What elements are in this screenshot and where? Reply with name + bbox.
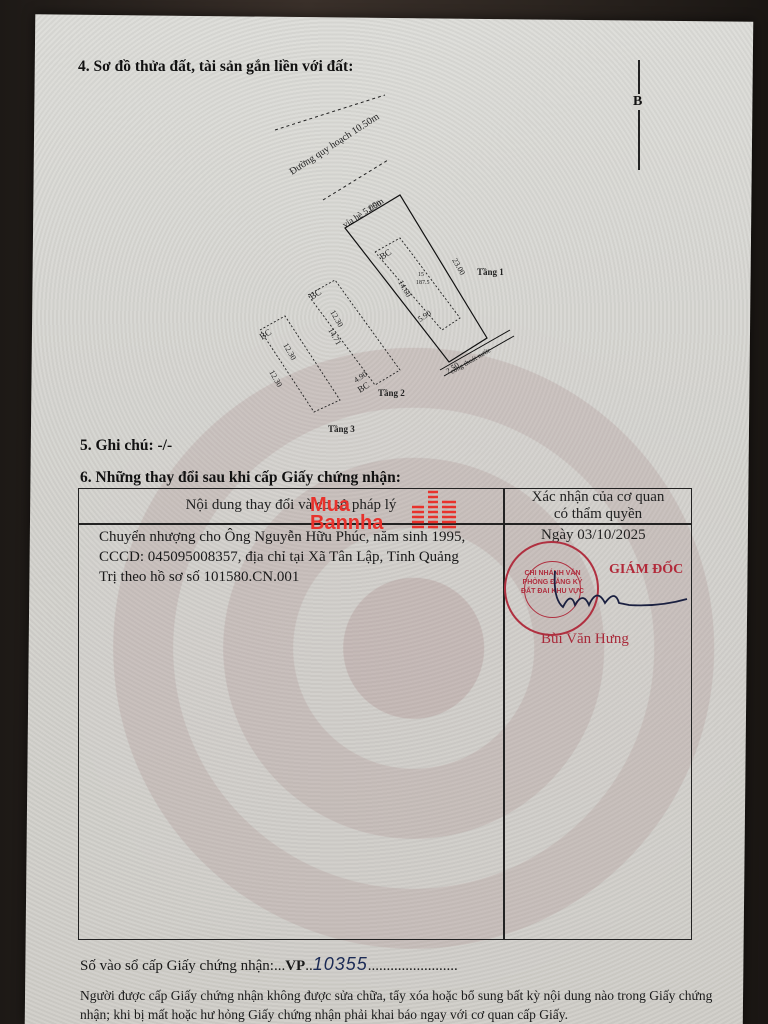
svg-text:12.30: 12.30 (281, 342, 298, 362)
signature-icon (549, 569, 689, 619)
road-label: Đường quy hoạch 10.50m (288, 111, 382, 177)
svg-text:BC: BC (258, 327, 274, 342)
change-content: Chuyển nhượng cho Ông Nguyễn Hữu Phúc, n… (99, 527, 499, 587)
signer-name: Bùi Văn Hưng (541, 631, 629, 648)
svg-text:5.90: 5.90 (416, 309, 433, 324)
section-5-heading: 5. Ghi chú: -/- (80, 437, 172, 455)
svg-text:15: 15 (418, 272, 424, 278)
svg-text:BC: BC (308, 287, 324, 302)
watermark-logo: Mua Bannha (310, 496, 383, 532)
registration-number: Số vào sổ cấp Giấy chứng nhận:...VP..103… (80, 954, 458, 975)
footer-note: Người được cấp Giấy chứng nhận không đượ… (80, 986, 720, 1024)
floor-3-label: Tầng 3 (328, 424, 355, 434)
svg-text:14.71: 14.71 (326, 327, 343, 347)
watermark-building-icon (410, 490, 460, 534)
section-6-heading: 6. Những thay đổi sau khi cấp Giấy chứng… (80, 469, 401, 487)
changes-table: Nội dung thay đổi và cơ sở pháp lý Xác n… (78, 488, 692, 940)
floor-1-label: Tầng 1 (477, 267, 504, 277)
table-header-confirmation: Xác nhận của cơ quan có thẩm quyền (505, 489, 691, 523)
svg-text:187.5: 187.5 (416, 280, 430, 286)
svg-text:12.30: 12.30 (267, 369, 284, 389)
table-column-divider (503, 489, 505, 939)
svg-text:14.60: 14.60 (396, 279, 413, 299)
table-header-divider (79, 523, 691, 525)
floor-2-label: Tầng 2 (378, 388, 405, 398)
svg-text:23.00: 23.00 (450, 257, 467, 277)
land-plot-diagram: Đường quy hoạch 10.50m vỉa hè 5.00m cống… (0, 0, 768, 440)
